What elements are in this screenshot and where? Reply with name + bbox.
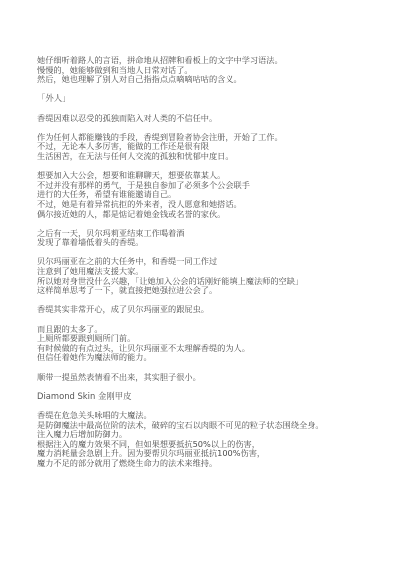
paragraph: 香缇因难以忍受的孤独而陷入对人类的不信任中。	[37, 114, 367, 124]
text-line: 生活困苦，在无法与任何人交流的孤独和忧郁中度日。	[37, 152, 367, 162]
section-heading: 「外人」	[37, 94, 367, 104]
paragraph: 顺带一提虽然表情看不出来，其实胆子很小。	[37, 373, 367, 383]
text-line: 偶尔接近她的人，都是惦记着她金钱或名誉的家伙。	[37, 210, 367, 220]
section-heading: Diamond Skin 金刚甲皮	[37, 392, 367, 402]
paragraph: 之后有一天，贝尔玛莉亚结束工作喝着酒发现了靠着墙低着头的香缇。	[37, 229, 367, 248]
paragraph: 香缇其实非常开心，成了贝尔玛丽亚的跟屁虫。	[37, 305, 367, 315]
text-line: 香缇因难以忍受的孤独而陷入对人类的不信任中。	[37, 114, 367, 124]
text-line: 然后，她也理解了别人对自己指指点点嘀嘀咕咕的含义。	[37, 75, 367, 85]
text-line: 魔力不足的部分就用了燃烧生命力的法术来维持。	[37, 459, 367, 469]
text-line: 顺带一提虽然表情看不出来，其实胆子很小。	[37, 373, 367, 383]
paragraph: 香缇在危急关头咏唱的大魔法。是防御魔法中最高位阶的法术，破碎的宝石以肉眼不可见的…	[37, 411, 367, 469]
text-line: 香缇其实非常开心，成了贝尔玛丽亚的跟屁虫。	[37, 305, 367, 315]
paragraph: 贝尔玛丽亚在之前的大任务中，和香缇一同工作过注意到了她用魔法支援大家。所以她对身…	[37, 257, 367, 295]
paragraph: 作为任何人都能赚钱的手段，香缇到冒险者协会注册，开始了工作。不过，无论本人多厉害…	[37, 133, 367, 162]
paragraph: 想要加入大公会，想要和谁聊聊天，想要依靠某人。不过并没有那样的勇气，于是独自参加…	[37, 171, 367, 219]
text-line: 发现了靠着墙低着头的香缇。	[37, 238, 367, 248]
document-body: 她仔细听着路人的言语，拼命地从招牌和看板上的文字中学习语法。慢慢的，她能够做到和…	[37, 56, 367, 478]
paragraph: 她仔细听着路人的言语，拼命地从招牌和看板上的文字中学习语法。慢慢的，她能够做到和…	[37, 56, 367, 85]
paragraph: 而且跟的太多了。上厕所都要跟到厕所门前。有时候做的有点过头，让贝尔玛丽亚不太理解…	[37, 325, 367, 363]
text-line: 但信任着她作为魔法师的能力。	[37, 353, 367, 363]
text-line: 这样简单思考了一下，就直接把她强拉进公会了。	[37, 286, 367, 296]
